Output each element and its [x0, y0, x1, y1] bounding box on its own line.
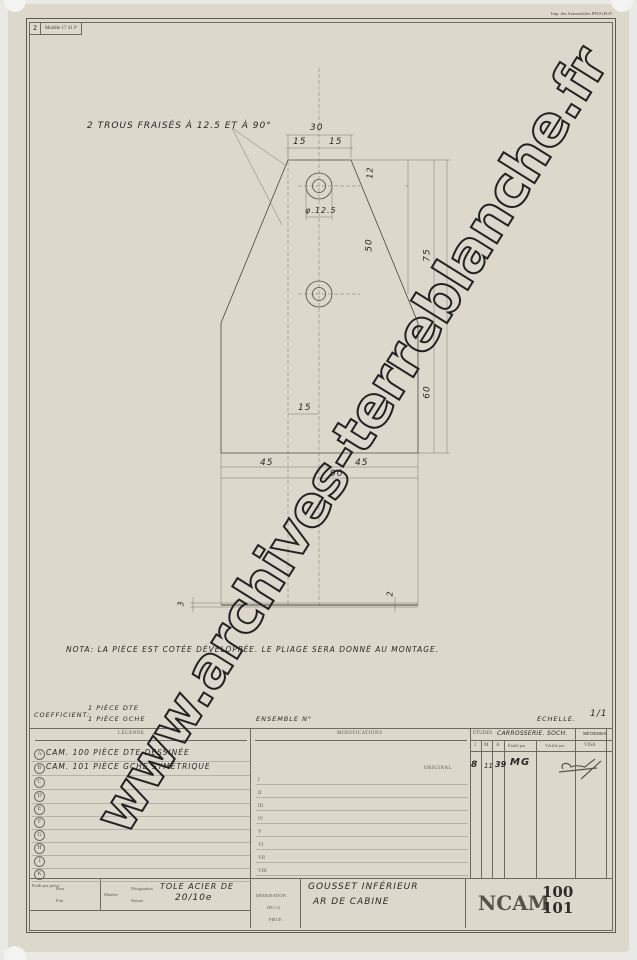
dim-top-left: 15 — [293, 137, 306, 147]
piece-designation-label-3: PIÈCE — [269, 917, 282, 922]
piece-designation-label-2: DE LA — [267, 905, 280, 910]
methodes-label: MÉTHODES — [583, 731, 606, 736]
date-day: 8 — [471, 760, 477, 770]
divider — [575, 728, 576, 878]
designation-value: TOLE ACIER DE — [160, 882, 234, 891]
ensemble-label: ENSEMBLE N° — [256, 715, 312, 723]
divider — [300, 878, 301, 928]
dim-height-rect: 60 — [423, 385, 433, 398]
title-block-top — [30, 728, 612, 729]
designation-label: Désignation — [131, 886, 153, 891]
divider — [606, 728, 607, 878]
legend-row: K — [32, 867, 250, 882]
etabli-initials: MG — [510, 757, 530, 768]
echelle-value: 1/1 — [590, 709, 607, 719]
modifications-title: MODIFICATIONS — [337, 731, 382, 736]
divider — [250, 728, 251, 928]
modification-row: VII — [256, 849, 468, 863]
piece-designation-label-1: DÉSIGNATION — [256, 893, 286, 898]
divider — [255, 740, 467, 741]
modification-row: V — [256, 823, 468, 837]
col-verifie: Vérifié par — [545, 743, 565, 748]
modification-row: VI — [256, 836, 468, 850]
poids-label: Poids par pièce — [32, 882, 48, 889]
piece-name-line1: GOUSSET INFÉRIEUR — [308, 882, 418, 892]
divider — [30, 910, 250, 911]
dim-top-right: 15 — [329, 137, 342, 147]
modification-row: III — [256, 797, 468, 811]
ncam-prefix: NCAM — [478, 891, 550, 915]
col-mois: M — [484, 743, 488, 748]
dim-bottom-left: 45 — [260, 458, 273, 468]
holes-note: 2 TROUS FRAISÉS À 12.5 ET À 90° — [87, 121, 272, 131]
dim-hole-diameter: φ.12.5 — [305, 206, 337, 215]
coefficient-label: COEFFICIENT: — [34, 711, 90, 719]
dim-hole-spacing: 50 — [365, 238, 375, 251]
dim-center-offset: 15 — [298, 403, 311, 413]
nature-value: 20/10e — [175, 893, 212, 903]
piece-name-line2: AR DE CABINE — [313, 897, 389, 907]
modification-row: II — [256, 784, 468, 798]
modification-row: IV — [256, 810, 468, 824]
col-visa: VISA — [584, 743, 596, 748]
divider — [536, 740, 537, 878]
modification-row: VIII — [256, 862, 468, 876]
matiere-label: Matière — [104, 892, 118, 897]
dim-top-total: 30 — [310, 123, 323, 133]
brut-label: Brut — [56, 886, 64, 891]
etudes-title: ÉTUDES — [473, 731, 492, 736]
date-month: 11 — [484, 762, 493, 770]
visa-signature-icon — [555, 755, 605, 780]
etudes-department: CARROSSERIE. SOCH. — [497, 730, 568, 737]
dim-hole-offset: 12 — [366, 166, 375, 178]
nature-label: Nature — [131, 898, 143, 903]
divider — [492, 740, 493, 878]
coefficient-right: 1 PIÈCE DTE — [88, 704, 139, 712]
fini-label: Fini — [56, 898, 63, 903]
echelle-label: ECHELLE. — [537, 715, 576, 723]
col-jour: J — [474, 743, 476, 748]
ncam-bottom: 101 — [542, 899, 573, 917]
dim-fold-right: 2 — [386, 590, 395, 596]
col-annee: A — [496, 743, 500, 748]
divider — [481, 740, 482, 878]
col-etabli: Établi par — [508, 743, 526, 748]
date-year: 39 — [495, 760, 506, 769]
divider — [100, 878, 101, 910]
modification-row: I — [256, 771, 468, 785]
divider — [465, 878, 466, 928]
dim-fold-left: 3 — [177, 600, 186, 606]
